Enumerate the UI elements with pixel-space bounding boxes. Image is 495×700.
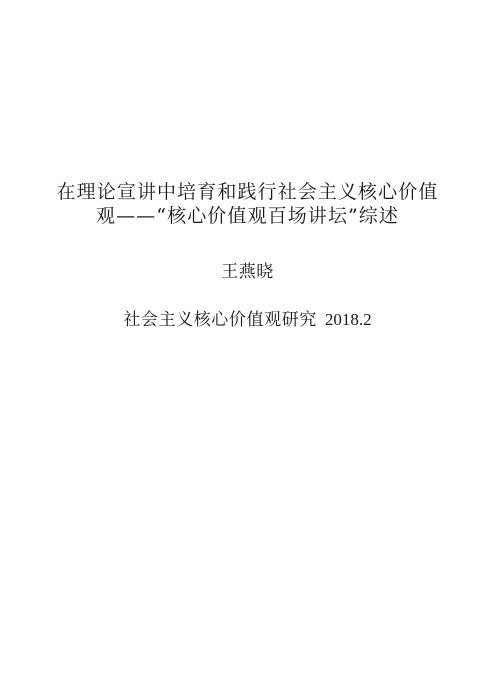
title-line-1: 在理论宣讲中培育和践行社会主义核心价值 [0,180,495,204]
journal-name: 社会主义核心价值观研究 [123,310,317,330]
title-line-2: 观——“核心价值观百场讲坛”综述 [0,204,495,228]
document-title: 在理论宣讲中培育和践行社会主义核心价值 观——“核心价值观百场讲坛”综述 [0,180,495,228]
document-page: 在理论宣讲中培育和践行社会主义核心价值 观——“核心价值观百场讲坛”综述 王燕晓… [0,0,495,700]
journal-citation: 社会主义核心价值观研究2018.2 [0,309,495,331]
journal-issue: 2018.2 [325,310,372,329]
author-name: 王燕晓 [0,261,495,283]
